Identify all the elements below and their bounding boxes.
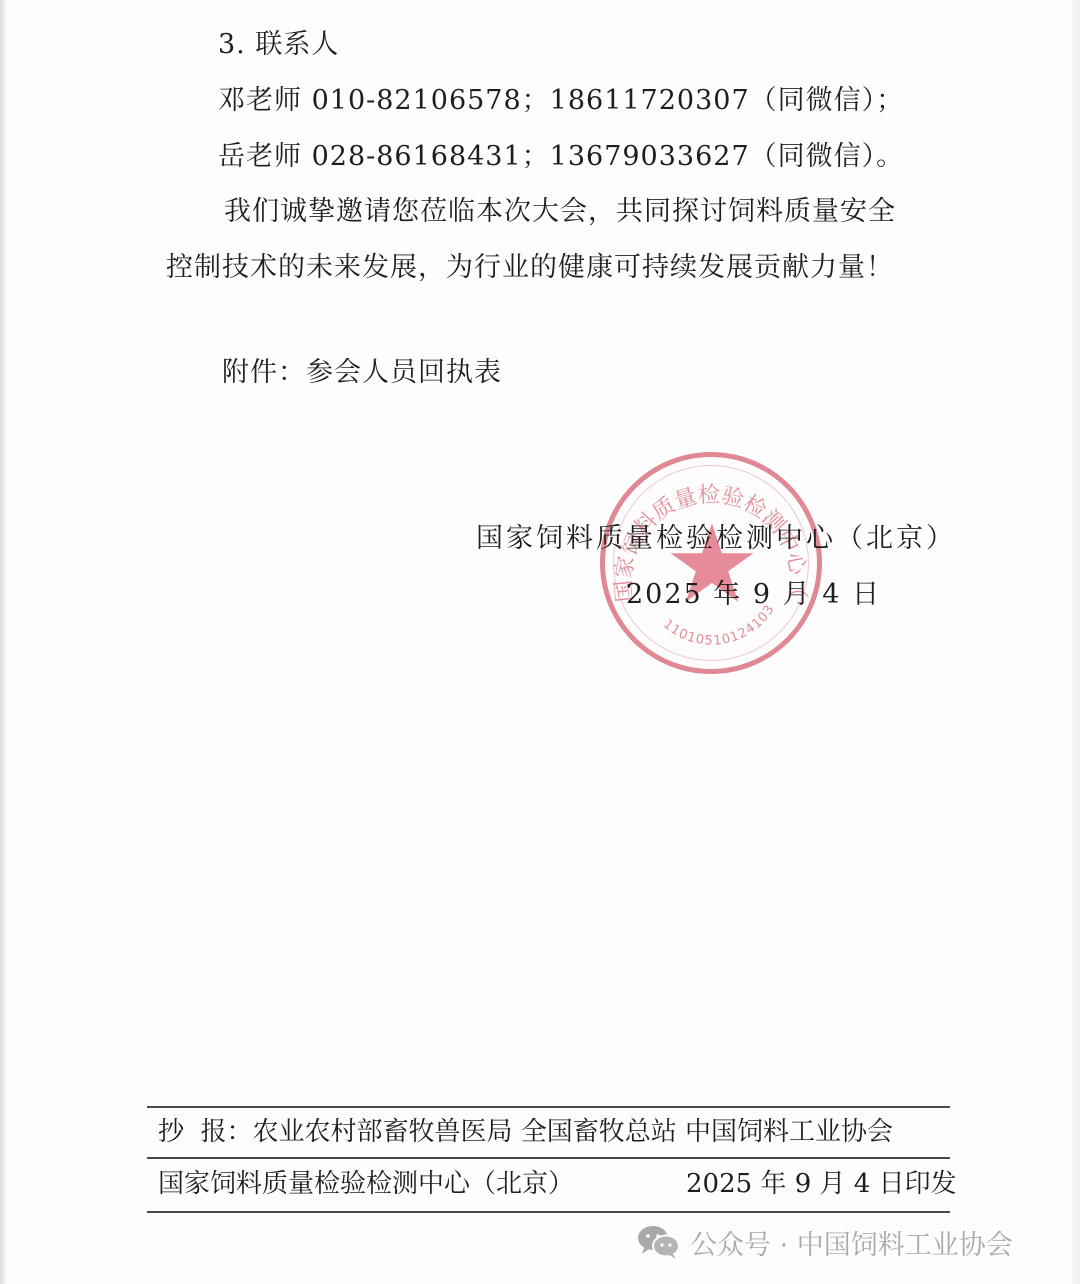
invitation-line-2: 控制技术的未来发展，为行业的健康可持续发展贡献力量！ <box>166 251 894 285</box>
signature-date: 2025 年 9 月 4 日 <box>626 578 881 612</box>
cc-recipients: 农业农村部畜牧兽医局 全国畜牧总站 中国饲料工业协会 <box>253 1117 894 1147</box>
watermark-text: 公众号 · 中国饲料工业协会 <box>690 1223 1013 1262</box>
wechat-watermark: 公众号 · 中国饲料工业协会 <box>636 1222 1013 1262</box>
official-seal: 国家饲料质量检验检测中心（北京） 11010510124103 <box>600 452 822 674</box>
page-edge-left <box>0 0 6 1284</box>
invitation-line-1: 我们诚挚邀请您莅临本次大会，共同探讨饲料质量安全 <box>224 195 896 229</box>
signature-organization: 国家饲料质量检验检测中心（北京） <box>476 522 956 556</box>
wechat-icon <box>636 1224 682 1260</box>
footer-rule-top <box>147 1106 950 1108</box>
section-heading: 3. 联系人 <box>218 28 339 62</box>
footer-rule-middle <box>147 1157 950 1159</box>
cc-label: 抄 报： <box>158 1117 253 1147</box>
contact-line-yue: 岳老师 028-86168431；13679033627（同微信）。 <box>218 140 904 174</box>
issue-date: 2025 年 9 月 4 日印发 <box>686 1168 957 1200</box>
page-edge-right <box>1072 0 1080 1284</box>
attachment-line: 附件：参会人员回执表 <box>222 356 502 390</box>
contact-line-deng: 邓老师 010-82106578；18611720307（同微信）； <box>218 84 904 118</box>
footer-rule-bottom <box>147 1211 950 1213</box>
issuer-name: 国家饲料质量检验检测中心（北京） <box>158 1168 574 1200</box>
cc-line: 抄 报：农业农村部畜牧兽医局 全国畜牧总站 中国饲料工业协会 <box>158 1116 893 1148</box>
